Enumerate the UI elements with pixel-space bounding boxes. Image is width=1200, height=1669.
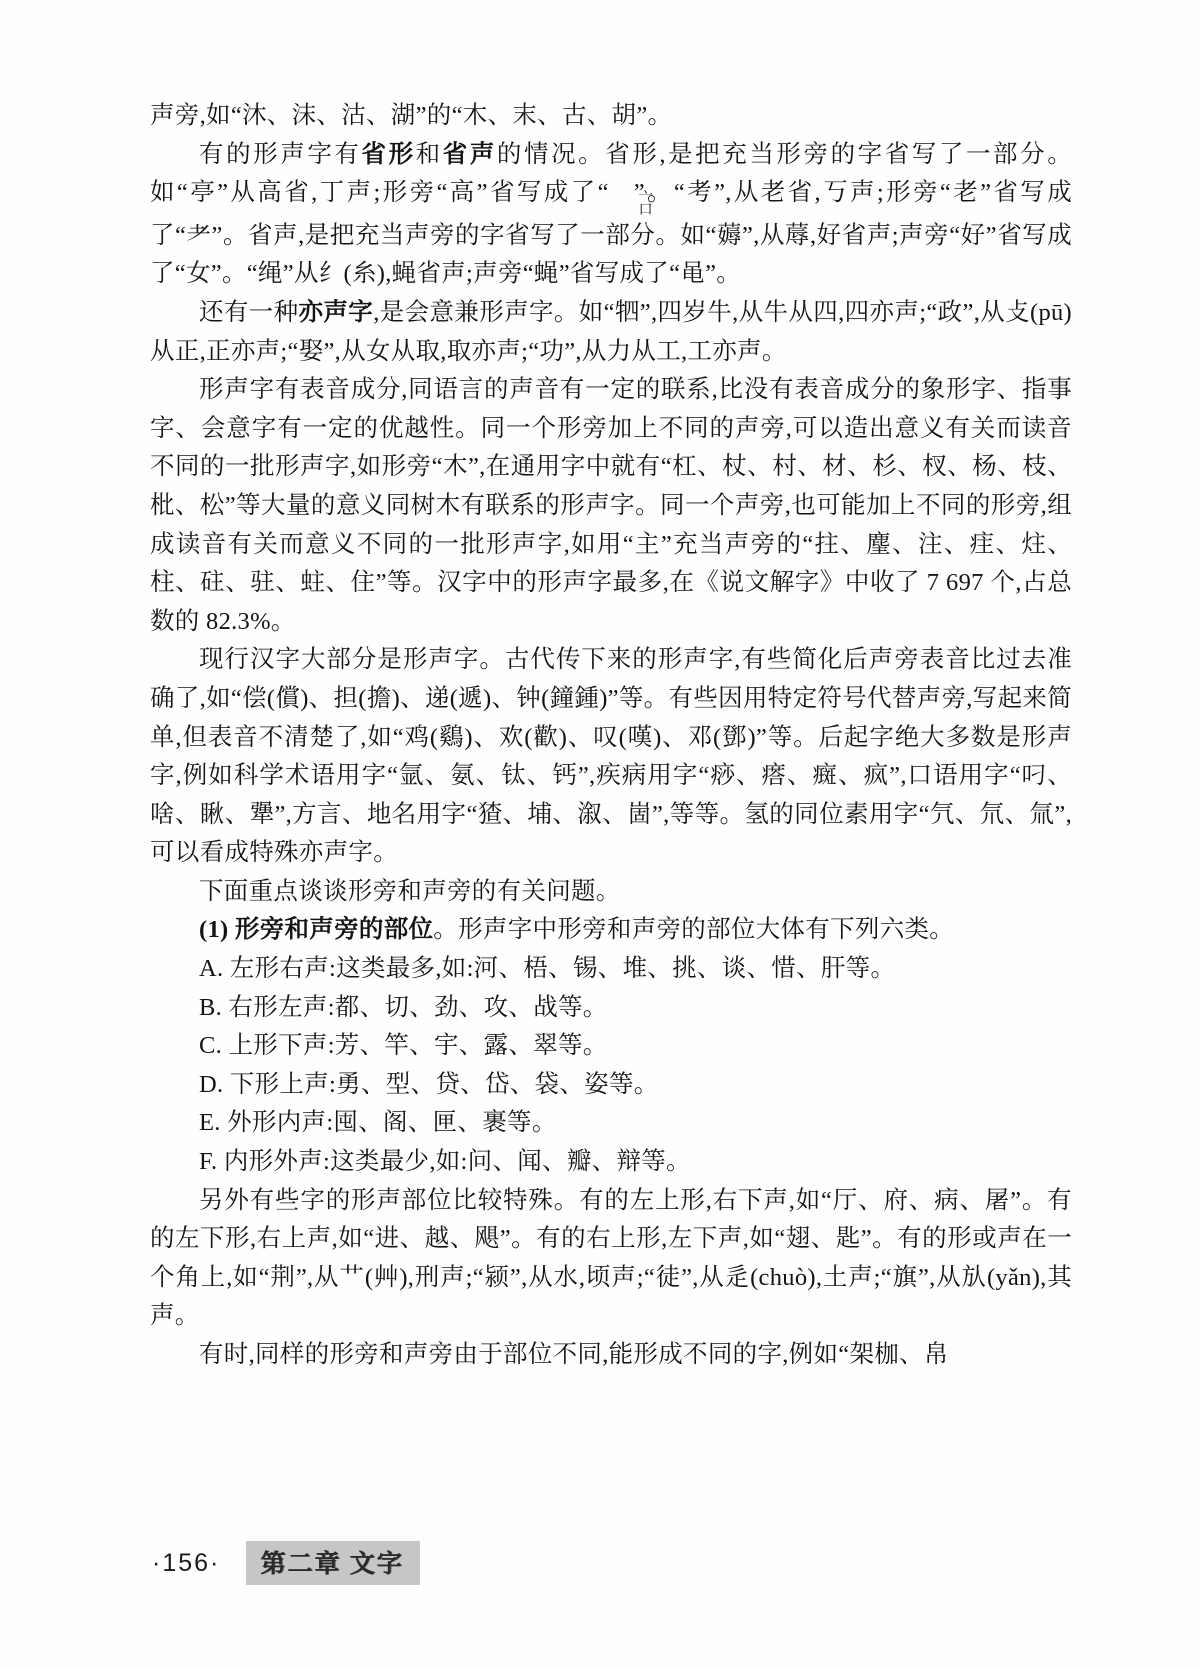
page-number: ·156· xyxy=(152,1549,220,1578)
para-modern-characters: 现行汉字大部分是形声字。古代传下来的形声字,有些简化后声旁表音比过去准确了,如“… xyxy=(150,641,1072,873)
para-sheng-xing-sheng-sheng: 有的形声字有省形和省声的情况。省形,是把充当形旁的字省写了一部分。如“亭”从高省… xyxy=(150,136,1072,294)
para-advantages: 形声字有表音成分,同语言的声音有一定的联系,比没有表音成分的象形字、指事字、会意… xyxy=(150,371,1072,641)
list-item-text: B. 右形左声:都、切、劲、攻、战等。 xyxy=(199,994,608,1021)
bold-term-yishengzi: 亦声字 xyxy=(299,299,374,326)
para-continuation: 声旁,如“沐、沫、沽、湖”的“木、末、古、胡”。 xyxy=(150,97,1072,136)
list-item-text: A. 左形右声:这类最多,如:河、梧、锡、堆、挑、谈、惜、肝等。 xyxy=(199,955,895,982)
para-positions-heading: (1) 形旁和声旁的部位。形声字中形旁和声旁的部位大体有下列六类。 xyxy=(150,911,1072,950)
paragraph-text: 形声字有表音成分,同语言的声音有一定的联系,比没有表音成分的象形字、指事字、会意… xyxy=(150,376,1072,635)
paragraph-text: 有的形声字有 xyxy=(199,141,361,168)
para-special-positions: 另外有些字的形声部位比较特殊。有的左上形,右下声,如“厅、府、病、屠”。有的左下… xyxy=(150,1182,1072,1336)
paragraph-text: 。形声字中形旁和声旁的部位大体有下列六类。 xyxy=(433,916,954,943)
list-item-text: D. 下形上声:勇、型、贷、岱、袋、姿等。 xyxy=(199,1071,659,1098)
paragraph-text: 有时,同样的形旁和声旁由于部位不同,能形成不同的字,例如“架枷、帛 xyxy=(199,1341,949,1368)
bold-term-shengsheng: 省声 xyxy=(443,141,497,168)
para-same-components: 有时,同样的形旁和声旁由于部位不同,能形成不同的字,例如“架枷、帛 xyxy=(150,1336,1072,1375)
list-item-text: F. 内形外声:这类最少,如:问、闻、瓣、辩等。 xyxy=(199,1148,691,1175)
list-item-c: C. 上形下声:芳、竿、宇、露、翠等。 xyxy=(150,1027,1072,1066)
paragraph-text: 还有一种 xyxy=(199,299,299,326)
book-page: 声旁,如“沐、沫、沽、湖”的“木、末、古、胡”。 有的形声字有省形和省声的情况。… xyxy=(0,0,1200,1669)
partial-gao-glyph: 亠口 xyxy=(609,194,634,217)
paragraph-text: 和 xyxy=(416,141,443,168)
page-footer: ·156· 第二章 文字 xyxy=(152,1541,420,1585)
paragraph-text: 下面重点谈谈形旁和声旁的有关问题。 xyxy=(199,878,621,905)
paragraph-text: 另外有些字的形声部位比较特殊。有的左上形,右下声,如“厅、府、病、屠”。有的左下… xyxy=(150,1187,1072,1330)
bold-heading-positions: (1) 形旁和声旁的部位 xyxy=(199,916,433,943)
list-item-b: B. 右形左声:都、切、劲、攻、战等。 xyxy=(150,989,1072,1028)
bold-term-shengxing: 省形 xyxy=(361,141,415,168)
list-item-a: A. 左形右声:这类最多,如:河、梧、锡、堆、挑、谈、惜、肝等。 xyxy=(150,950,1072,989)
chapter-badge: 第二章 文字 xyxy=(246,1541,419,1585)
list-item-text: C. 上形下声:芳、竿、宇、露、翠等。 xyxy=(199,1032,608,1059)
list-item-text: E. 外形内声:囤、阁、匣、裹等。 xyxy=(199,1109,557,1136)
para-transition: 下面重点谈谈形旁和声旁的有关问题。 xyxy=(150,873,1072,912)
list-item-d: D. 下形上声:勇、型、贷、岱、袋、姿等。 xyxy=(150,1066,1072,1105)
list-item-e: E. 外形内声:囤、阁、匣、裹等。 xyxy=(150,1104,1072,1143)
list-item-f: F. 内形外声:这类最少,如:问、闻、瓣、辩等。 xyxy=(150,1143,1072,1182)
para-yi-sheng-zi: 还有一种亦声字,是会意兼形声字。如“牭”,四岁牛,从牛从四,四亦声;“政”,从攴… xyxy=(150,294,1072,371)
page-body-text: 声旁,如“沐、沫、沽、湖”的“木、末、古、胡”。 有的形声字有省形和省声的情况。… xyxy=(150,97,1072,1375)
paragraph-text: 现行汉字大部分是形声字。古代传下来的形声字,有些简化后声旁表音比过去准确了,如“… xyxy=(150,646,1072,866)
paragraph-text: 声旁,如“沐、沫、沽、湖”的“木、末、古、胡”。 xyxy=(150,102,672,129)
